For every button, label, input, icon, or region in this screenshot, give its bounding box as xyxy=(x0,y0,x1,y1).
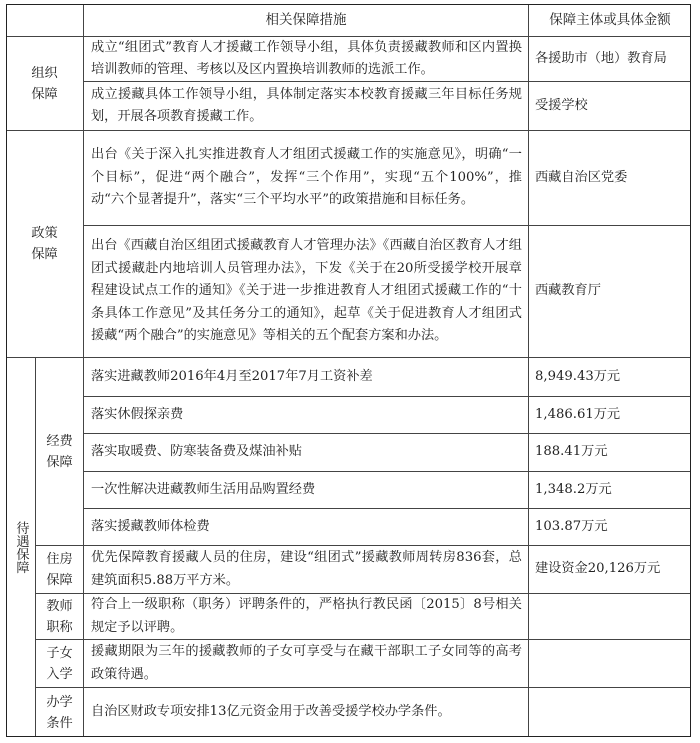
subcategory-funding: 经费 保障 xyxy=(36,358,84,546)
measure-cell: 落实休假探亲费 xyxy=(84,397,529,434)
amount-cell: 188.41万元 xyxy=(529,434,691,472)
subject-cell: 西藏自治区党委 xyxy=(529,131,691,226)
measure-cell: 出台《关于深入扎实推进教育人才组团式援藏工作的实施意见》，明确“一个目标”，促进… xyxy=(84,131,529,226)
measure-cell: 成立援藏具体工作领导小组，具体制定落实本校教育援藏三年目标任务规划，开展各项教育… xyxy=(84,82,529,131)
measure-text: 出台《关于深入扎实推进教育人才组团式援藏工作的实施意见》，明确“一个目标”，促进… xyxy=(91,144,522,212)
measure-text: 优先保障教育援藏人员的住房，建设“组团式”援藏教师周转房836套，总建筑面积5.… xyxy=(91,547,522,592)
subcategory-funding-label: 经费 保障 xyxy=(46,431,72,473)
category-benefits: 待遇保障 xyxy=(6,358,36,737)
amount-text: 8,949.43万元 xyxy=(535,366,620,389)
amount-cell xyxy=(529,688,691,737)
measure-cell: 成立“组团式”教育人才援藏工作领导小组，具体负责援藏教师和区内置换培训教师的管理… xyxy=(84,37,529,82)
measure-cell: 出台《西藏自治区组团式援藏教育人才管理办法》《西藏自治区教育人才组团式援藏赴内地… xyxy=(84,226,529,358)
header-subject-label: 保障主体或具体金额 xyxy=(549,9,671,32)
subject-text: 西藏教育厅 xyxy=(535,280,601,303)
subcategory-housing: 住房 保障 xyxy=(36,546,84,594)
amount-text: 建设资金20,126万元 xyxy=(535,558,660,581)
amount-text: 1,486.61万元 xyxy=(535,404,620,427)
measure-cell: 落实进藏教师2016年4月至2017年7月工资补差 xyxy=(84,358,529,397)
measure-text: 自治区财政专项安排13亿元资金用于改善受援学校办学条件。 xyxy=(91,701,451,724)
subcategory-title: 教师 职称 xyxy=(36,594,84,640)
subcategory-school-conditions: 办学 条件 xyxy=(36,688,84,737)
category-policy-label: 政策 保障 xyxy=(31,223,57,265)
subcategory-education-label: 子女 入学 xyxy=(46,643,72,685)
measure-cell: 落实取暖费、防寒装备费及煤油补贴 xyxy=(84,434,529,472)
header-measures-cell: 相关保障措施 xyxy=(84,4,529,37)
measure-text: 一次性解决进藏教师生活用品购置经费 xyxy=(91,479,315,502)
subject-text: 各援助市（地）教育局 xyxy=(535,48,667,71)
amount-cell: 1,348.2万元 xyxy=(529,472,691,509)
category-benefits-label: 待遇保障 xyxy=(13,521,29,574)
subject-text: 受援学校 xyxy=(535,95,588,118)
amount-cell: 1,486.61万元 xyxy=(529,397,691,434)
amount-cell: 建设资金20,126万元 xyxy=(529,546,691,594)
header-corner-cell xyxy=(6,4,84,37)
measure-cell: 落实援藏教师体检费 xyxy=(84,509,529,546)
amount-cell xyxy=(529,640,691,688)
subject-text: 西藏自治区党委 xyxy=(535,167,627,190)
measure-text: 援藏期限为三年的援藏教师的子女可享受与在藏干部职工子女同等的高考政策待遇。 xyxy=(91,641,522,686)
measure-text: 符合上一级职称（职务）评聘条件的，严格执行教民函〔2015〕8号相关规定予以评聘… xyxy=(91,594,522,639)
amount-text: 103.87万元 xyxy=(535,516,608,539)
measure-cell: 符合上一级职称（职务）评聘条件的，严格执行教民函〔2015〕8号相关规定予以评聘… xyxy=(84,594,529,640)
header-subject-cell: 保障主体或具体金额 xyxy=(529,4,691,37)
amount-cell xyxy=(529,594,691,640)
subject-cell: 西藏教育厅 xyxy=(529,226,691,358)
measure-text: 落实取暖费、防寒装备费及煤油补贴 xyxy=(91,441,302,464)
measure-text: 出台《西藏自治区组团式援藏教育人才管理办法》《西藏自治区教育人才组团式援藏赴内地… xyxy=(91,235,522,348)
subcategory-housing-label: 住房 保障 xyxy=(46,549,72,591)
measure-cell: 自治区财政专项安排13亿元资金用于改善受援学校办学条件。 xyxy=(84,688,529,737)
amount-cell: 8,949.43万元 xyxy=(529,358,691,397)
subject-cell: 受援学校 xyxy=(529,82,691,131)
measure-cell: 一次性解决进藏教师生活用品购置经费 xyxy=(84,472,529,509)
measure-text: 成立“组团式”教育人才援藏工作领导小组，具体负责援藏教师和区内置换培训教师的管理… xyxy=(91,37,522,82)
support-measures-table: 相关保障措施 保障主体或具体金额 组织 保障 成立“组团式”教育人才援藏工作领导… xyxy=(6,4,691,737)
subcategory-education: 子女 入学 xyxy=(36,640,84,688)
header-measures-label: 相关保障措施 xyxy=(266,9,347,32)
category-policy: 政策 保障 xyxy=(6,131,84,358)
measure-text: 落实休假探亲费 xyxy=(91,404,183,427)
subcategory-school-conditions-label: 办学 条件 xyxy=(46,692,72,734)
measure-text: 落实援藏教师体检费 xyxy=(91,516,210,539)
measure-text: 落实进藏教师2016年4月至2017年7月工资补差 xyxy=(91,366,373,389)
measure-cell: 优先保障教育援藏人员的住房，建设“组团式”援藏教师周转房836套，总建筑面积5.… xyxy=(84,546,529,594)
subject-cell: 各援助市（地）教育局 xyxy=(529,37,691,82)
category-organization: 组织 保障 xyxy=(6,37,84,131)
measure-text: 成立援藏具体工作领导小组，具体制定落实本校教育援藏三年目标任务规划，开展各项教育… xyxy=(91,84,522,129)
measure-cell: 援藏期限为三年的援藏教师的子女可享受与在藏干部职工子女同等的高考政策待遇。 xyxy=(84,640,529,688)
subcategory-title-label: 教师 职称 xyxy=(46,596,72,638)
category-organization-label: 组织 保障 xyxy=(31,63,57,105)
amount-cell: 103.87万元 xyxy=(529,509,691,546)
amount-text: 188.41万元 xyxy=(535,441,608,464)
amount-text: 1,348.2万元 xyxy=(535,479,612,502)
